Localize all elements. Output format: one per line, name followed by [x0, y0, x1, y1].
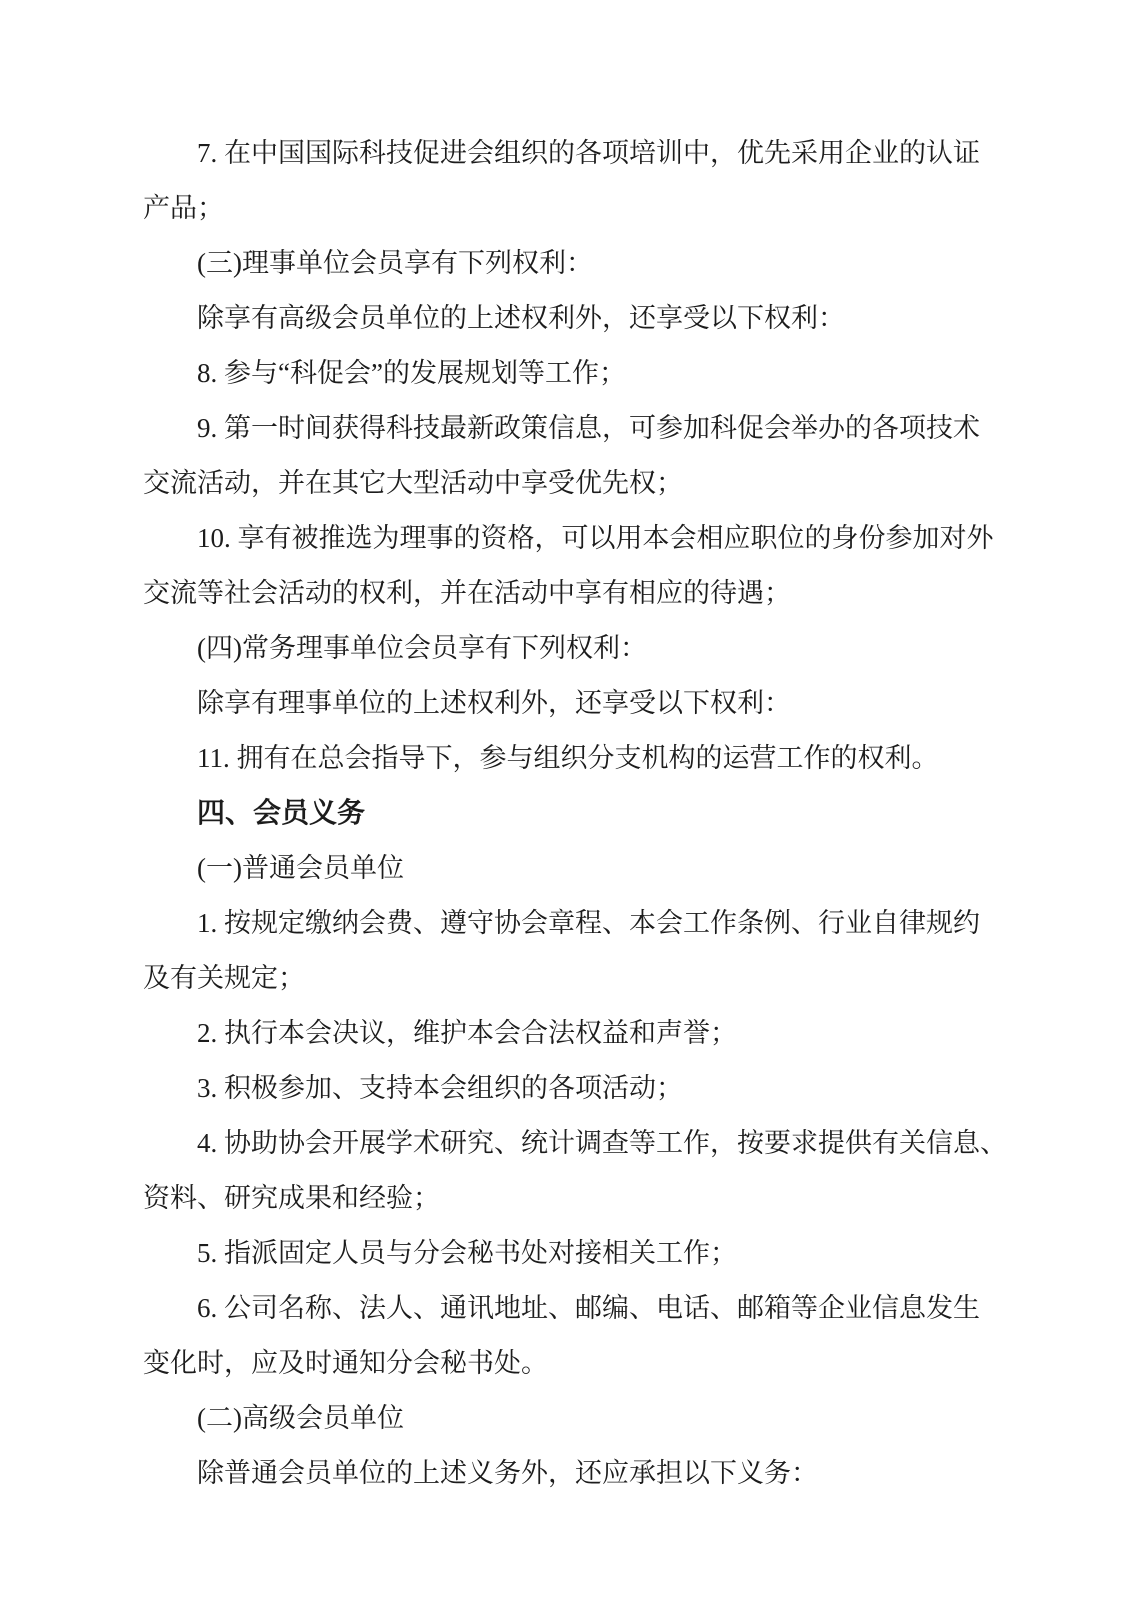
text-line: 交流活动，并在其它大型活动中享受优先权；: [143, 456, 988, 511]
text-line: 7. 在中国国际科技促进会组织的各项培训中，优先采用企业的认证: [143, 126, 988, 181]
text-line: 除享有高级会员单位的上述权利外，还享受以下权利：: [143, 291, 988, 346]
text-line: 交流等社会活动的权利，并在活动中享有相应的待遇；: [143, 566, 988, 621]
text-line: (一)普通会员单位: [143, 841, 988, 896]
text-line: 及有关规定；: [143, 951, 988, 1006]
text-line: 除普通会员单位的上述义务外，还应承担以下义务：: [143, 1446, 988, 1501]
document-page: 7. 在中国国际科技促进会组织的各项培训中，优先采用企业的认证产品；(三)理事单…: [0, 0, 1131, 1600]
text-line: 2. 执行本会决议，维护本会合法权益和声誉；: [143, 1006, 988, 1061]
text-line: (四)常务理事单位会员享有下列权利：: [143, 621, 988, 676]
text-line: 6. 公司名称、法人、通讯地址、邮编、电话、邮箱等企业信息发生: [143, 1281, 988, 1336]
text-line: 3. 积极参加、支持本会组织的各项活动；: [143, 1061, 988, 1116]
text-line: 1. 按规定缴纳会费、遵守协会章程、本会工作条例、行业自律规约: [143, 896, 988, 951]
text-line: 产品；: [143, 181, 988, 236]
text-line: 8. 参与“科促会”的发展规划等工作；: [143, 346, 988, 401]
text-line: 4. 协助协会开展学术研究、统计调查等工作，按要求提供有关信息、: [143, 1116, 988, 1171]
text-line: 10. 享有被推选为理事的资格，可以用本会相应职位的身份参加对外: [143, 511, 988, 566]
text-line: 除享有理事单位的上述权利外，还享受以下权利：: [143, 676, 988, 731]
document-text-body: 7. 在中国国际科技促进会组织的各项培训中，优先采用企业的认证产品；(三)理事单…: [143, 126, 988, 1501]
text-line: 9. 第一时间获得科技最新政策信息，可参加科促会举办的各项技术: [143, 401, 988, 456]
text-line: 资料、研究成果和经验；: [143, 1171, 988, 1226]
text-line: (二)高级会员单位: [143, 1391, 988, 1446]
text-line: 11. 拥有在总会指导下，参与组织分支机构的运营工作的权利。: [143, 731, 988, 786]
text-line: 5. 指派固定人员与分会秘书处对接相关工作；: [143, 1226, 988, 1281]
section-heading: 四、会员义务: [143, 786, 988, 841]
text-line: (三)理事单位会员享有下列权利：: [143, 236, 988, 291]
text-line: 变化时，应及时通知分会秘书处。: [143, 1336, 988, 1391]
